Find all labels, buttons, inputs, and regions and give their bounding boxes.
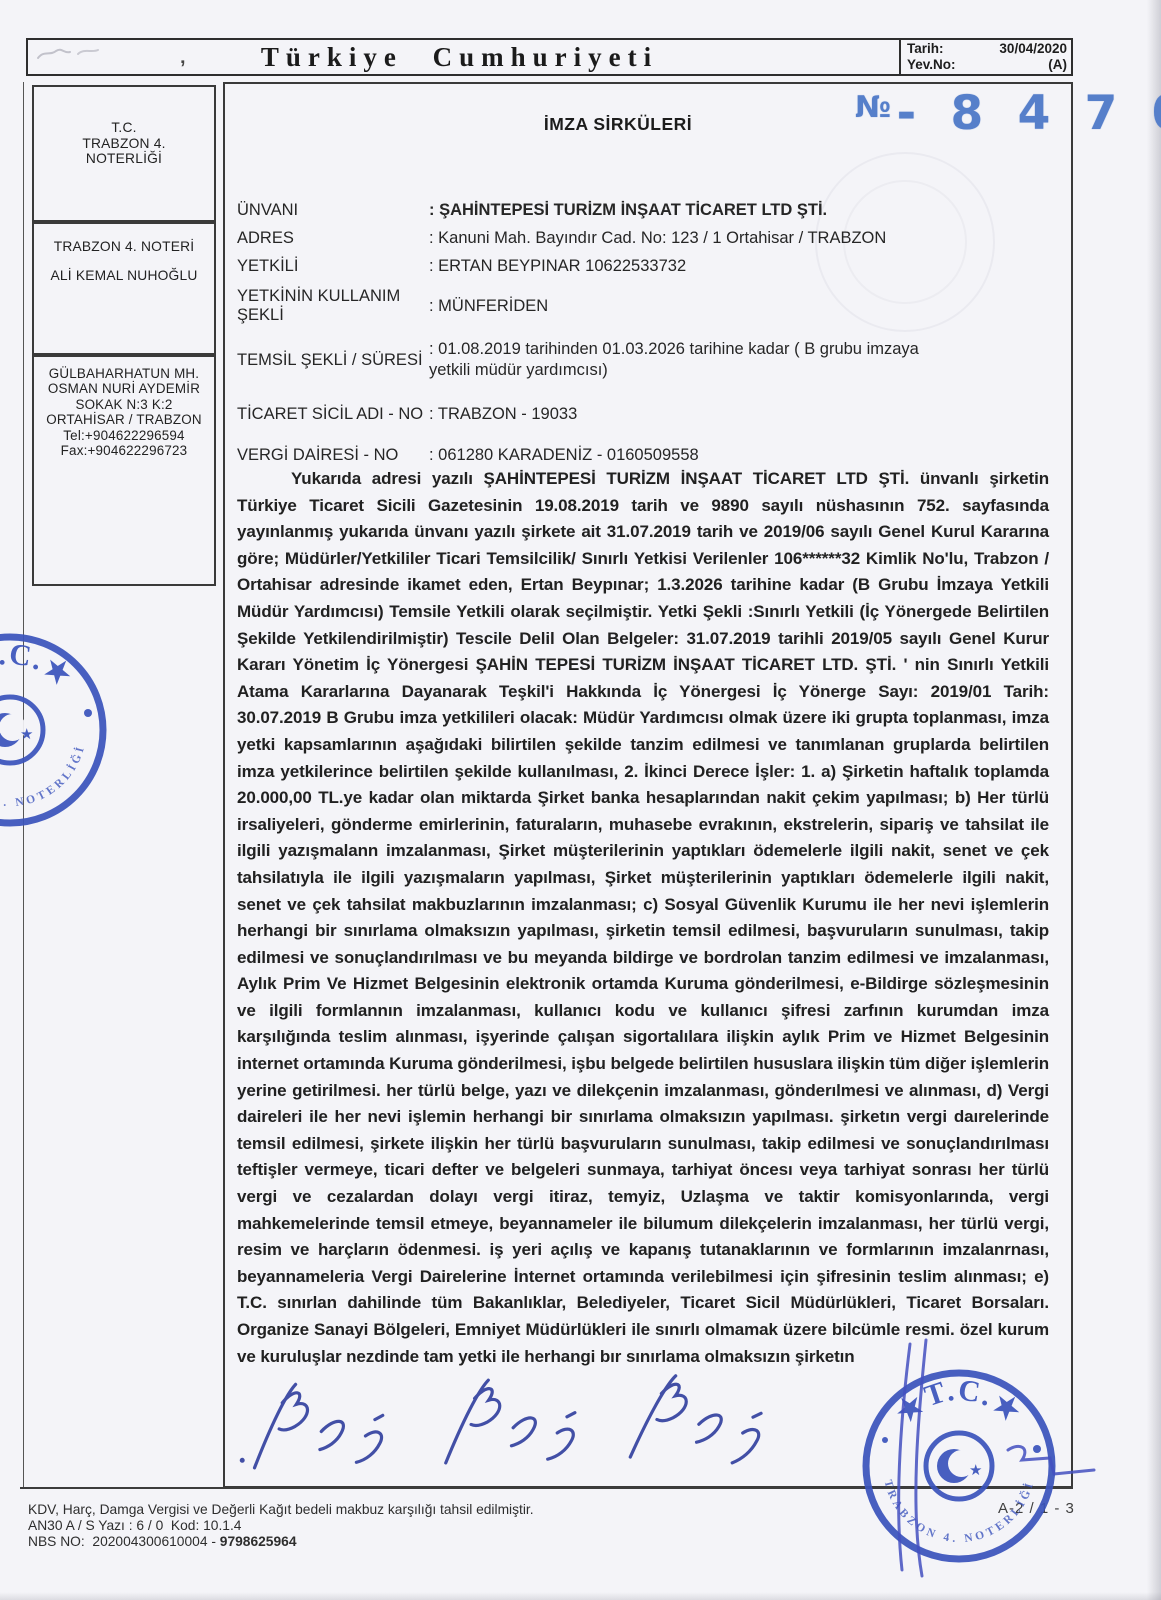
notary-title: TRABZON 4. NOTERİ	[34, 239, 214, 255]
footer-notes: KDV, Harç, Damga Vergisi ve Değerli Kağı…	[28, 1502, 534, 1549]
nbs-number-bold: 9798625964	[220, 1534, 297, 1549]
field-label: ÜNVANI	[237, 201, 429, 220]
country-title: Türkiye Cumhuriyeti	[28, 42, 891, 73]
footer-tax-note: KDV, Harç, Damga Vergisi ve Değerli Kağı…	[28, 1502, 534, 1518]
field-row-adres: ADRES : Kanuni Mah. Bayındır Cad. No: 12…	[237, 224, 1061, 252]
field-value: : Kanuni Mah. Bayındır Cad. No: 123 / 1 …	[429, 228, 1061, 249]
field-label: TİCARET SİCİL ADI - NO	[237, 405, 429, 424]
signature	[630, 1375, 761, 1463]
pen-scribble-mark	[34, 44, 104, 66]
field-label: TEMSİL ŞEKLİ / SÜRESİ	[237, 351, 429, 370]
address-line: Fax:+904622296723	[34, 443, 214, 458]
document-body-box: İMZA SİRKÜLERİ № - 8 4 7 0 ÜNVANI : ŞAHİ…	[223, 82, 1073, 1488]
office-line: T.C.	[34, 120, 214, 136]
notary-seal-stamp-left	[0, 616, 124, 844]
document-body-paragraph: Yukarıda adresi yazılı ŞAHİNTEPESİ TURİZ…	[237, 466, 1049, 1370]
field-value: : MÜNFERİDEN	[429, 296, 1061, 317]
header-date-block: Tarih: 30/04/2020 Yev.No: (A)	[899, 40, 1071, 74]
nbs-number: NBS NO: 202004300610004 -	[28, 1534, 220, 1549]
address-line: GÜLBAHARHATUN MH.	[34, 366, 214, 381]
notary-office-box: T.C. TRABZON 4. NOTERLİĞİ	[32, 85, 216, 222]
signature	[444, 1379, 575, 1463]
field-label: YETKİNİN KULLANIM ŞEKLİ	[237, 287, 429, 325]
notary-name-box: TRABZON 4. NOTERİ ALİ KEMAL NUHOĞLU	[32, 222, 216, 355]
field-label: ADRES	[237, 229, 429, 248]
handwritten-signatures	[237, 1366, 782, 1478]
field-value: : ŞAHİNTEPESİ TURİZM İNŞAAT TİCARET LTD …	[429, 200, 1061, 221]
signature	[237, 1381, 384, 1468]
field-row-temsil-sekli: TEMSİL ŞEKLİ / SÜRESİ : 01.08.2019 tarih…	[237, 332, 1061, 388]
document-fields: ÜNVANI : ŞAHİNTEPESİ TURİZM İNŞAAT TİCAR…	[237, 196, 1061, 470]
field-label: YETKİLİ	[237, 257, 429, 276]
office-line: TRABZON 4.	[34, 136, 214, 152]
date-label: Tarih:	[907, 41, 944, 57]
address-line: SOKAK N:3 K:2	[34, 397, 214, 412]
footer-nbs-line: NBS NO: 202004300610004 - 9798625964	[28, 1534, 534, 1550]
address-line: OSMAN NURİ AYDEMİR	[34, 381, 214, 396]
field-label: VERGİ DAİRESİ - NO	[237, 446, 429, 465]
document-number-stamp: № - 8 4 7 0	[855, 86, 1161, 141]
ink-speck: ‚	[180, 46, 186, 69]
pen-strokes-over-seal	[858, 1338, 1098, 1588]
field-value: : TRABZON - 19033	[429, 404, 1061, 425]
footer-code-line: AN30 A / S Yazı : 6 / 0 Kod: 10.1.4	[28, 1518, 534, 1534]
notary-document-page: ★T.C.★ TRABZON 4. NOTERLİĞİ ★ Türkiye Cu…	[0, 0, 1161, 1600]
field-value-line1: : 01.08.2019 tarihinden 01.03.2026 tarih…	[429, 339, 1061, 360]
document-number: - 8 4 7 0	[897, 86, 1161, 141]
field-value: : 01.08.2019 tarihinden 01.03.2026 tarih…	[429, 339, 1061, 381]
field-value: : ERTAN BEYPINAR 10622533732	[429, 256, 1061, 277]
field-row-yetkili: YETKİLİ : ERTAN BEYPINAR 10622533732	[237, 252, 1061, 280]
field-value-line2: yetkili müdür yardımcısı)	[429, 360, 1061, 381]
field-value: : 061280 KARADENİZ - 0160509558	[429, 445, 1061, 466]
notary-address-box: GÜLBAHARHATUN MH. OSMAN NURİ AYDEMİR SOK…	[32, 355, 216, 586]
notary-name: ALİ KEMAL NUHOĞLU	[34, 268, 214, 284]
number-sign: №	[855, 90, 891, 125]
field-row-kullanim-sekli: YETKİNİN KULLANIM ŞEKLİ : MÜNFERİDEN	[237, 280, 1061, 332]
yevno-value: (A)	[1048, 57, 1067, 73]
address-line: ORTAHİSAR / TRABZON	[34, 412, 214, 427]
date-value: 30/04/2020	[999, 41, 1067, 57]
field-row-unvani: ÜNVANI : ŞAHİNTEPESİ TURİZM İNŞAAT TİCAR…	[237, 196, 1061, 224]
address-line: Tel:+904622296594	[34, 428, 214, 443]
field-row-ticaret-sicil: TİCARET SİCİL ADI - NO : TRABZON - 19033	[237, 388, 1061, 440]
yevno-label: Yev.No:	[907, 57, 956, 73]
office-line: NOTERLİĞİ	[34, 151, 214, 167]
